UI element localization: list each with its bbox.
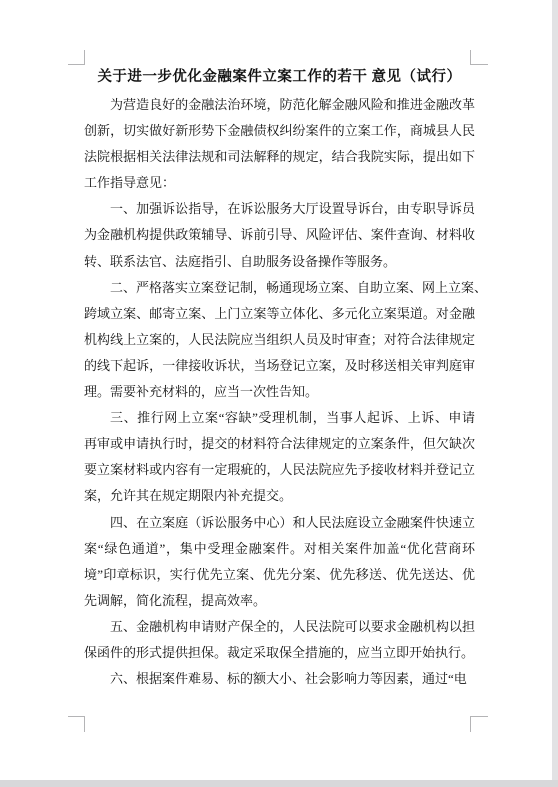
document-line: 机构线上立案的，人民法院应当组织人员及时审查；对符合法律规定 [84,327,475,353]
document-line: 二、严格落实立案登记制，畅通现场立案、自助立案、网上立案、 [84,275,475,301]
document-page: 关于进一步优化金融案件立案工作的若干 意见（试行） 为营造良好的金融法治环境，防… [0,0,552,780]
document-line: 三、推行网上立案“容缺”受理机制，当事人起诉、上诉、申请 [84,405,475,431]
document-line: 法院根据相关法律法规和司法解释的规定，结合我院实际，提出如下 [84,144,475,170]
document-line: 为金融机构提供政策辅导、诉前引导、风险评估、案件查询、材料收 [84,222,475,248]
document-line: 要立案材料或内容有一定瑕疵的，人民法院应先予接收材料并登记立 [84,457,475,483]
document-line: 境”印章标识，实行优先立案、优先分案、优先移送、优先送达、优 [84,562,475,588]
document-line: 保函件的形式提供担保。裁定采取保全措施的，应当立即开始执行。 [84,640,475,666]
document-line: 一、加强诉讼指导，在诉讼服务大厅设置导诉台，由专职导诉员 [84,196,475,222]
workspace-edge-bottom [0,780,558,787]
document-line: 理。需要补充材料的，应当一次性告知。 [84,379,475,405]
document-line: 转、联系法官、法庭指引、自助服务设备操作等服务。 [84,249,475,275]
document-line: 的线下起诉，一律接收诉状，当场登记立案，及时移送相关审判庭审 [84,353,475,379]
document-line: 工作指导意见： [84,170,475,196]
crop-mark-top-right [470,50,488,65]
crop-mark-top-left [68,50,85,65]
crop-mark-bottom-right [470,716,488,732]
page-title: 关于进一步优化金融案件立案工作的若干 意见（试行） [84,64,475,90]
document-line: 再审或申请执行时，提交的材料符合法律规定的立案条件，但欠缺次 [84,431,475,457]
document-line: 案“绿色通道”，集中受理金融案件。对相关案件加盖“优化营商环 [84,536,475,562]
document-line: 创新，切实做好新形势下金融债权纠纷案件的立案工作，商城县人民 [84,118,475,144]
document-body: 为营造良好的金融法治环境，防范化解金融风险和推进金融改革创新，切实做好新形势下金… [84,92,475,692]
document-line: 六、根据案件难易、标的额大小、社会影响力等因素，通过“电 [84,666,475,692]
document-line: 四、在立案庭（诉讼服务中心）和人民法庭设立金融案件快速立 [84,510,475,536]
document-line: 跨域立案、邮寄立案、上门立案等立体化、多元化立案渠道。对金融 [84,301,475,327]
workspace-edge-right [552,0,558,787]
document-line: 案，允许其在规定期限内补充提交。 [84,483,475,509]
document-line: 五、金融机构申请财产保全的，人民法院可以要求金融机构以担 [84,614,475,640]
document-line: 为营造良好的金融法治环境，防范化解金融风险和推进金融改革 [84,92,475,118]
crop-mark-bottom-left [68,716,85,732]
document-line: 先调解，简化流程，提高效率。 [84,588,475,614]
